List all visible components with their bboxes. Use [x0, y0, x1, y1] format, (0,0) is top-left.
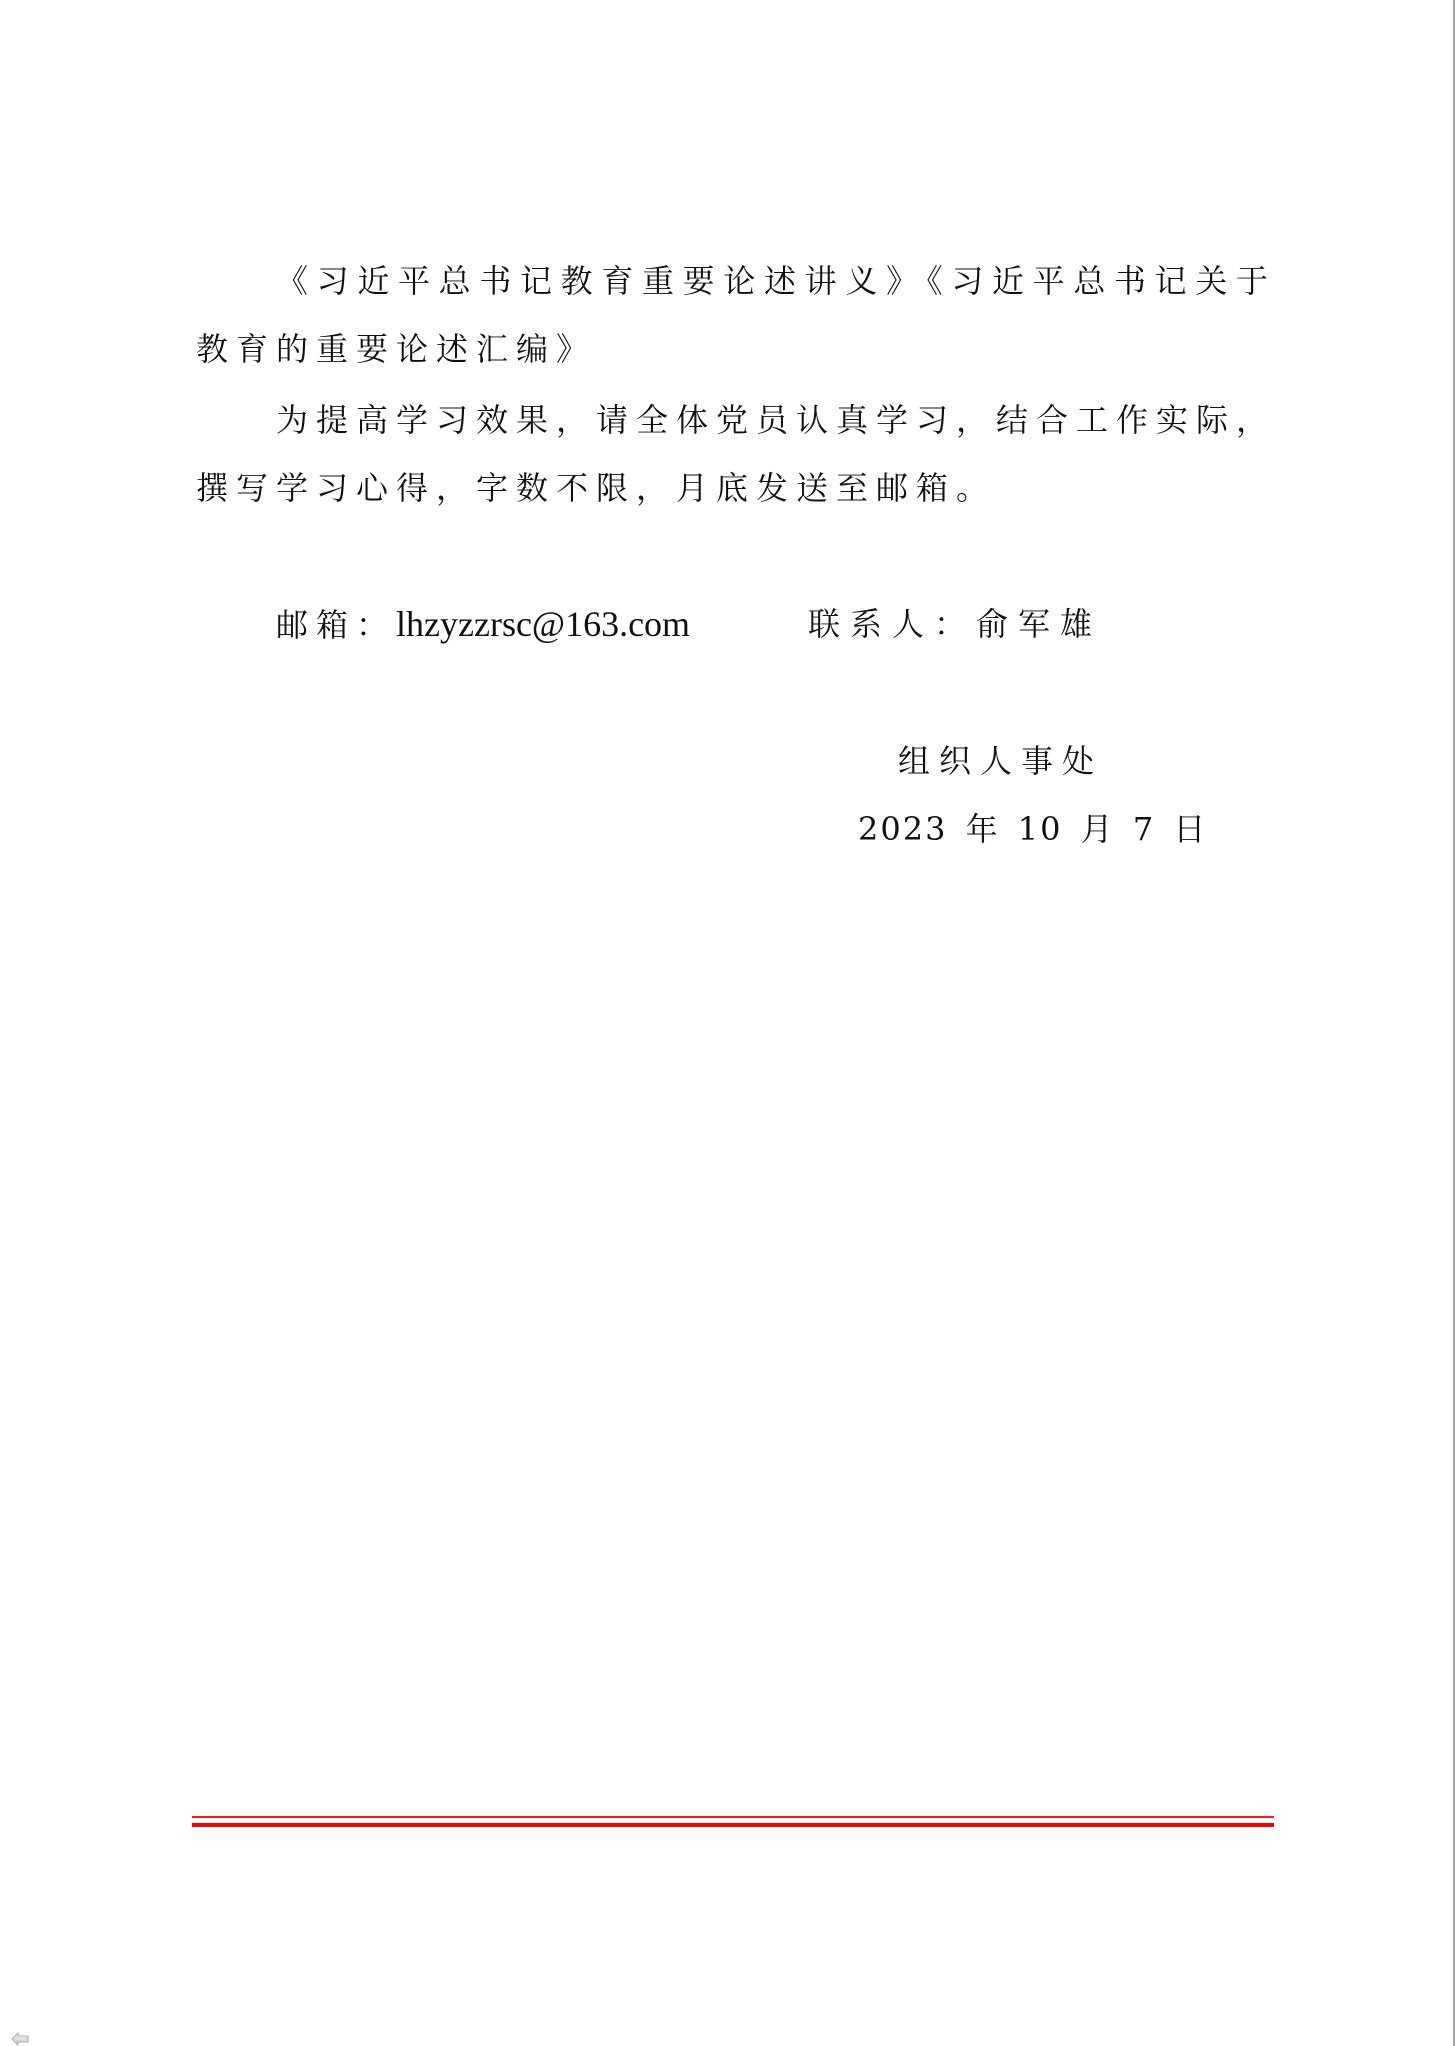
paragraph-reading-list: 《习近平总书记教育重要论述讲义》《习近平总书记关于教育的重要论述汇编》 — [196, 247, 1276, 383]
issue-date: 2023 年 10 月 7 日 — [858, 795, 1207, 863]
contact-person-label: 联系人： — [808, 605, 976, 643]
contact-person-line: 联系人：俞军雄 — [808, 590, 1102, 658]
email-line: 邮箱：lhzyzzrsc@163.com — [276, 590, 690, 658]
contact-person-name: 俞军雄 — [976, 605, 1102, 643]
paragraph-instructions: 为提高学习效果，请全体党员认真学习，结合工作实际，撰写学习心得，字数不限，月底发… — [196, 386, 1276, 522]
previous-page-arrow-icon[interactable] — [11, 2031, 29, 2045]
email-address: lhzyzzrsc@163.com — [396, 604, 690, 644]
footer-rule-thin — [192, 1816, 1274, 1818]
footer-rule-thick — [192, 1823, 1274, 1827]
issuer-signature: 组织人事处 — [898, 727, 1103, 795]
email-label: 邮箱： — [276, 606, 396, 644]
document-page: 《习近平总书记教育重要论述讲义》《习近平总书记关于教育的重要论述汇编》 为提高学… — [0, 0, 1455, 2046]
